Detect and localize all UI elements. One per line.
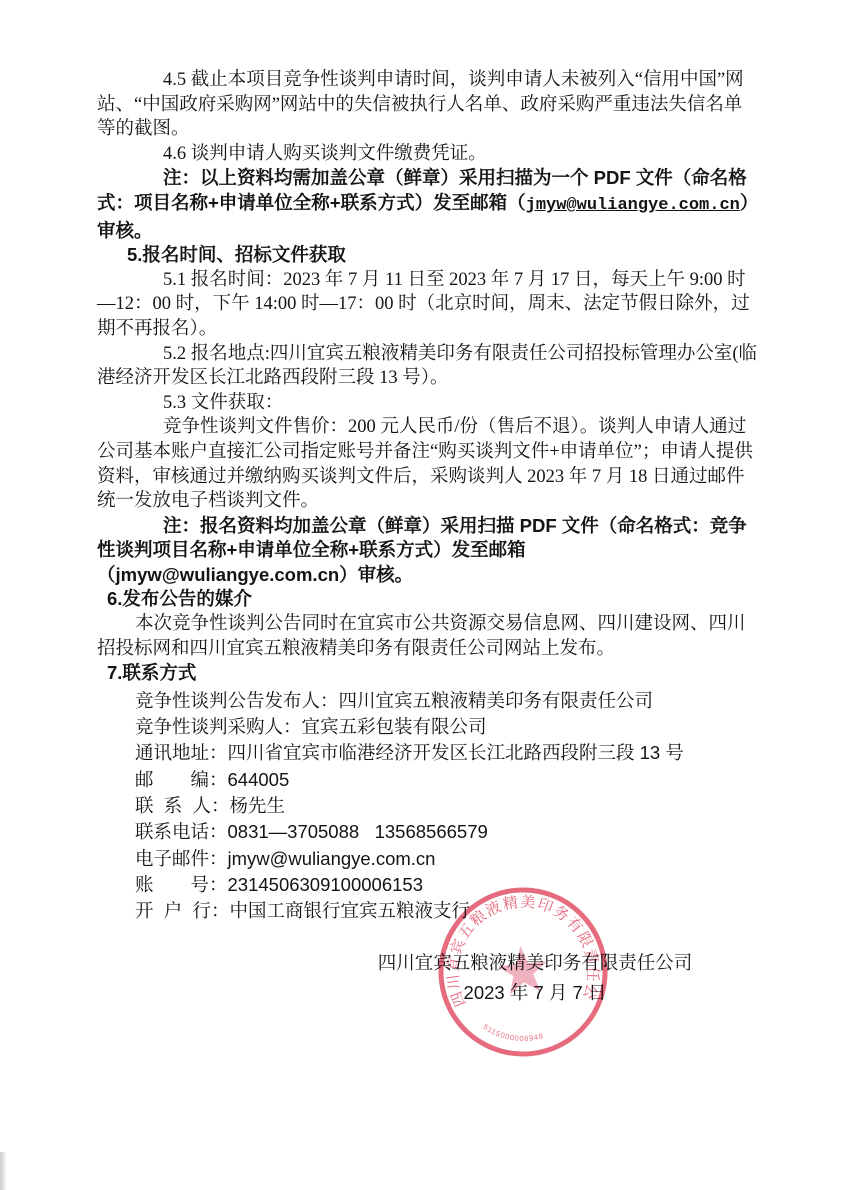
scan-edge-smudge (0, 1152, 7, 1190)
document-body: 4.5 截止本项目竞争性谈判申请时间，谈判申请人未被列入“信用中国”网站、“中国… (97, 68, 759, 925)
para-5-2: 5.2 报名地点:四川宜宾五粮液精美印务有限责任公司招投标管理办公室(临港经济开… (97, 342, 759, 391)
contact-line-postcode: 邮 编：644005 (97, 767, 759, 793)
star-icon (496, 944, 550, 996)
seal-company-text: 四川宜宾五粮液精美印务有限责任公司 (424, 873, 605, 1020)
para-5-1: 5.1 报名时间：2023 年 7 月 11 日至 2023 年 7 月 17 … (97, 268, 759, 342)
section-7-heading: 7.联系方式 (97, 661, 759, 686)
contact-line-person: 联 系 人：杨先生 (97, 793, 759, 819)
para-4-5: 4.5 截止本项目竞争性谈判申请时间，谈判申请人未被列入“信用中国”网站、“中国… (97, 68, 759, 142)
contact-line-address: 通讯地址：四川省宜宾市临港经济开发区长江北路西段附三段 13 号 (97, 740, 759, 766)
note-application-materials: 注：以上资料均需加盖公章（鲜章）采用扫描为一个 PDF 文件（命名格式：项目名称… (97, 166, 759, 243)
section-5-heading: 5.报名时间、招标文件获取 (97, 243, 759, 268)
contact-line-email: 电子邮件：jmyw@wuliangye.com.cn (97, 846, 759, 872)
para-4-6: 4.6 谈判申请人购买谈判文件缴费凭证。 (97, 142, 759, 167)
company-seal: 四川宜宾五粮液精美印务有限责任公司 5115000006948 (424, 873, 622, 1071)
para-5-3: 5.3 文件获取： (97, 391, 759, 416)
note-registration-materials: 注：报名资料均加盖公章（鲜章）采用扫描 PDF 文件（命名格式：竞争性谈判项目名… (97, 514, 759, 588)
para-5-3-detail: 竞争性谈判文件售价：200 元人民币/份（售后不退）。谈判人申请人通过公司基本账… (97, 415, 759, 513)
para-6: 本次竞争性谈判公告同时在宜宾市公共资源交易信息网、四川建设网、四川招投标网和四川… (97, 612, 759, 661)
email-link[interactable]: jmyw@wuliangye.com.cn (526, 196, 740, 215)
section-6-heading: 6.发布公告的媒介 (97, 587, 759, 612)
contact-line-publisher: 竞争性谈判公告发布人：四川宜宾五粮液精美印务有限责任公司 (97, 688, 759, 714)
contact-line-purchaser: 竞争性谈判采购人：宜宾五彩包装有限公司 (97, 714, 759, 740)
seal-code-text: 5115000006948 (481, 1016, 545, 1047)
contact-line-phone: 联系电话：0831—3705088 13568566579 (97, 819, 759, 845)
contact-info-list: 竞争性谈判公告发布人：四川宜宾五粮液精美印务有限责任公司 竞争性谈判采购人：宜宾… (97, 688, 759, 925)
